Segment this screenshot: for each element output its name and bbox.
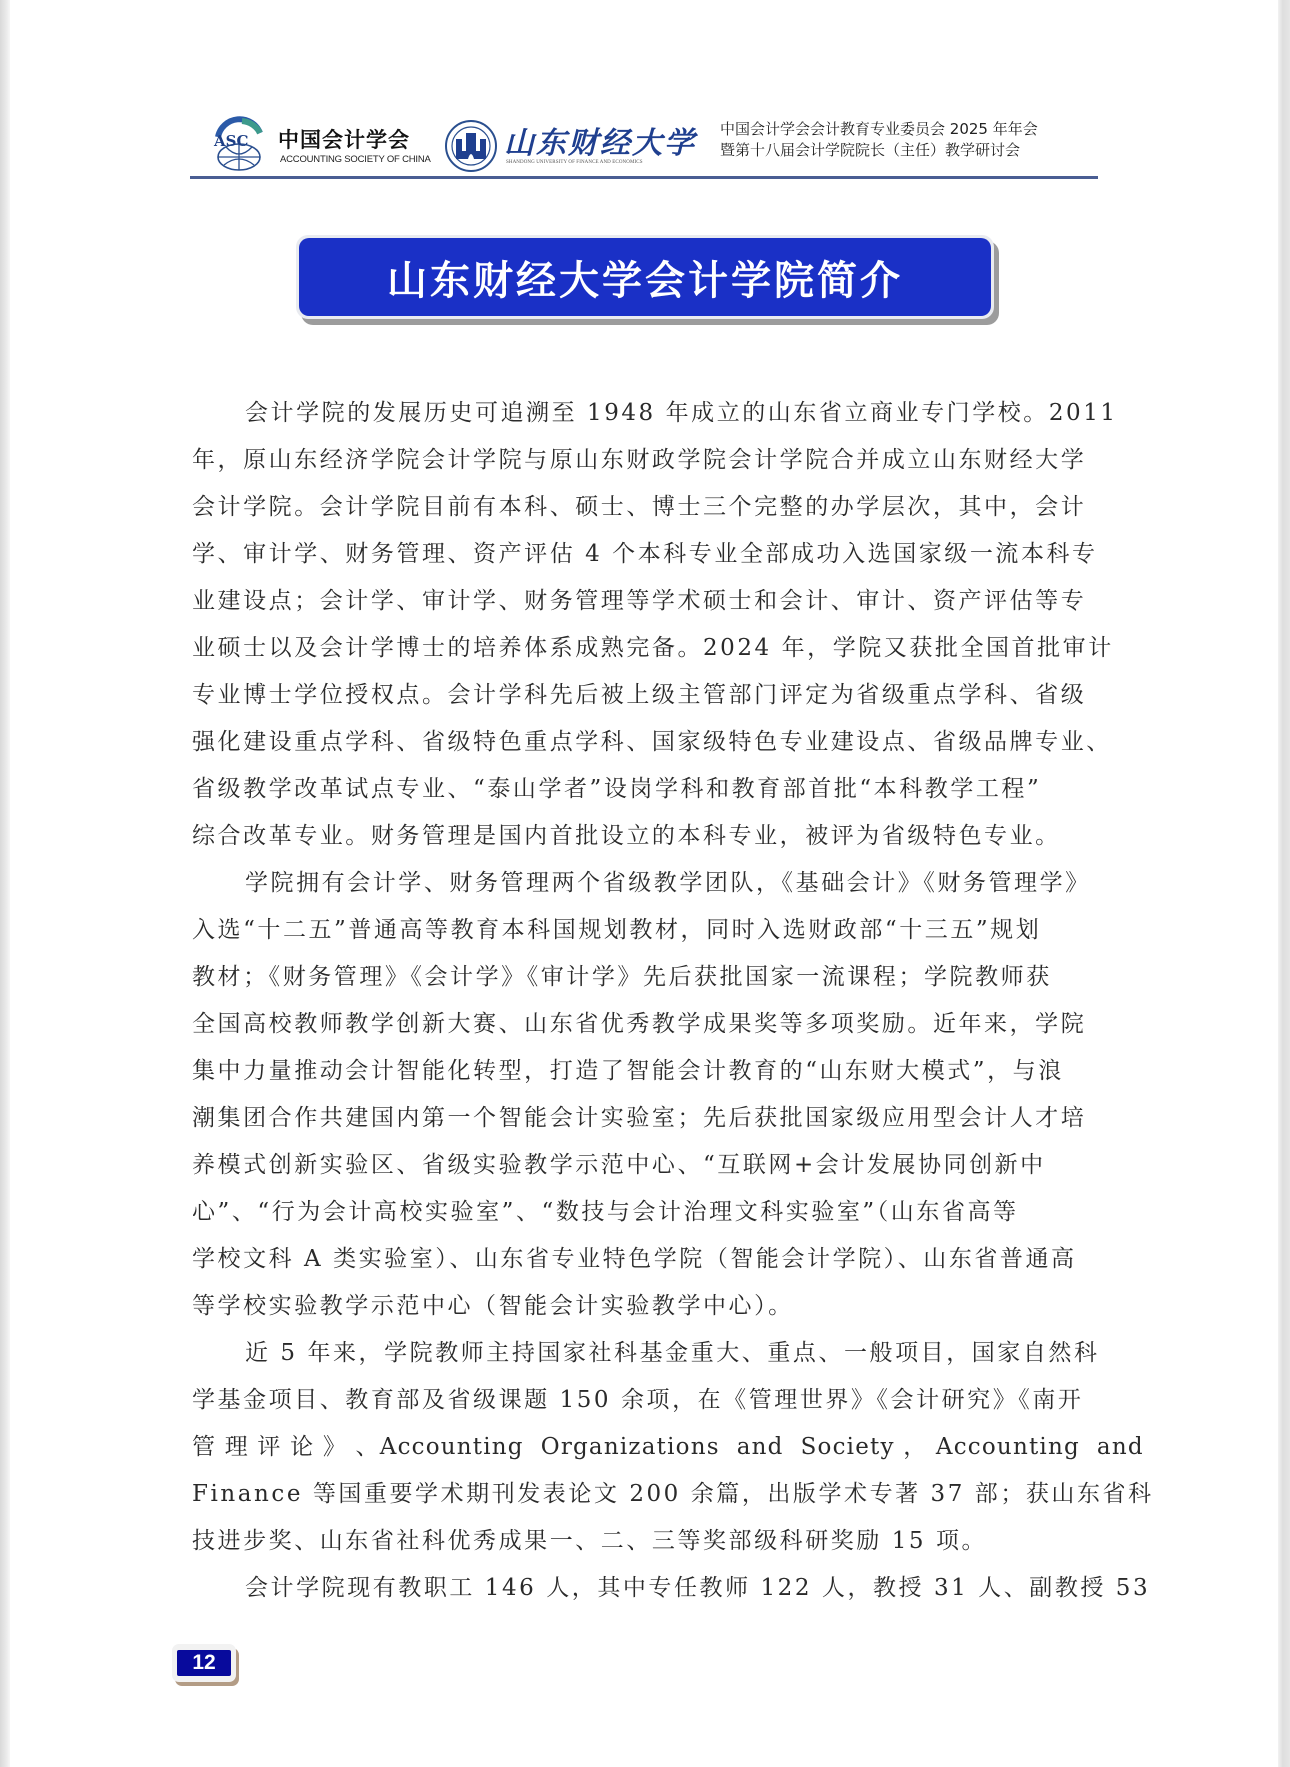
page-number: 12 [177, 1650, 231, 1676]
text-line: 专业博士学位授权点。会计学科先后被上级主管部门评定为省级重点学科、省级 [192, 679, 1102, 726]
conference-line-1: 中国会计学会会计教育专业委员会 2025 年年会 [720, 119, 1038, 140]
text-line: 集中力量推动会计智能化转型，打造了智能会计教育的“山东财大模式”，与浪 [192, 1055, 1102, 1102]
text-line: 综合改革专业。财务管理是国内首批设立的本科专业，被评为省级特色专业。 [192, 820, 1102, 867]
text-line: 会计学院现有教职工 146 人，其中专任教师 122 人，教授 31 人、副教授… [192, 1572, 1102, 1619]
title-banner: 山东财经大学会计学院简介 [296, 235, 1000, 325]
text-line: 省级教学改革试点专业、“泰山学者”设岗学科和教育部首批“本科教学工程” [192, 773, 1102, 820]
title-box: 山东财经大学会计学院简介 [299, 238, 991, 316]
text-line: 入选“十二五”普通高等教育本科国规划教材，同时入选财政部“十三五”规划 [192, 914, 1102, 961]
text-line: 强化建设重点学科、省级特色重点学科、国家级特色专业建设点、省级品牌专业、 [192, 726, 1102, 773]
university-name-cn: 山东财经大学 [504, 118, 696, 162]
text-line: 学院拥有会计学、财务管理两个省级教学团队，《基础会计》《财务管理学》 [192, 867, 1102, 914]
page-edge-left [0, 0, 10, 1767]
text-line: 管 理 评 论 》 、Accounting Organizations and … [192, 1431, 1102, 1478]
text-line: 学、审计学、财务管理、资产评估 4 个本科专业全部成功入选国家级一流本科专 [192, 538, 1102, 585]
text-line: 近 5 年来，学院教师主持国家社科基金重大、重点、一般项目，国家自然科 [192, 1337, 1102, 1384]
text-line: 学校文科 A 类实验室）、山东省专业特色学院（智能会计学院）、山东省普通高 [192, 1243, 1102, 1290]
article-body: 会计学院的发展历史可追溯至 1948 年成立的山东省立商业专门学校。2011 年… [192, 397, 1102, 1619]
text-line: 等学校实验教学示范中心（智能会计实验教学中心）。 [192, 1290, 1102, 1337]
university-name-en: SHANDONG UNIVERSITY OF FINANCE AND ECONO… [506, 160, 643, 165]
university-emblem-icon [444, 119, 498, 173]
text-line: 教材；《财务管理》《会计学》《审计学》先后获批国家一流课程；学院教师获 [192, 961, 1102, 1008]
asc-name-en: ACCOUNTING SOCIETY OF CHINA [280, 154, 431, 165]
text-line: Finance 等国重要学术期刊发表论文 200 余篇，出版学术专著 37 部；… [192, 1478, 1102, 1525]
text-line: 学基金项目、教育部及省级课题 150 余项，在《管理世界》《会计研究》《南开 [192, 1384, 1102, 1431]
text-line: 心”、“行为会计高校实验室”、“数技与会计治理文科实验室”（山东省高等 [192, 1196, 1102, 1243]
text-line: 年，原山东经济学院会计学院与原山东财政学院会计学院合并成立山东财经大学 [192, 444, 1102, 491]
page-number-badge: 12 [172, 1644, 242, 1688]
text-line: 会计学院。会计学院目前有本科、硕士、博士三个完整的办学层次，其中，会计 [192, 491, 1102, 538]
page-header: ASC 中国会计学会 ACCOUNTING SOCIETY OF CHINA 山… [190, 108, 1098, 180]
conference-line-2: 暨第十八届会计学院院长（主任）教学研讨会 [720, 140, 1038, 161]
asc-name-cn: 中国会计学会 [278, 124, 410, 154]
asc-logo-icon: ASC [212, 115, 266, 172]
scrollbar-track[interactable] [1278, 0, 1290, 1767]
header-divider [190, 176, 1098, 179]
text-line: 全国高校教师教学创新大赛、山东省优秀教学成果奖等多项奖励。近年来，学院 [192, 1008, 1102, 1055]
text-line: 潮集团合作共建国内第一个智能会计实验室；先后获批国家级应用型会计人才培 [192, 1102, 1102, 1149]
conference-title: 中国会计学会会计教育专业委员会 2025 年年会 暨第十八届会计学院院长（主任）… [720, 119, 1038, 161]
page-title: 山东财经大学会计学院简介 [387, 249, 903, 306]
text-line: 业建设点；会计学、审计学、财务管理等学术硕士和会计、审计、资产评估等专 [192, 585, 1102, 632]
text-line: 会计学院的发展历史可追溯至 1948 年成立的山东省立商业专门学校。2011 [192, 397, 1102, 444]
svg-text:ASC: ASC [213, 132, 248, 150]
text-line: 业硕士以及会计学博士的培养体系成熟完备。2024 年，学院又获批全国首批审计 [192, 632, 1102, 679]
text-line: 养模式创新实验区、省级实验教学示范中心、“互联网+会计发展协同创新中 [192, 1149, 1102, 1196]
text-line: 技进步奖、山东省社科优秀成果一、二、三等奖部级科研奖励 15 项。 [192, 1525, 1102, 1572]
